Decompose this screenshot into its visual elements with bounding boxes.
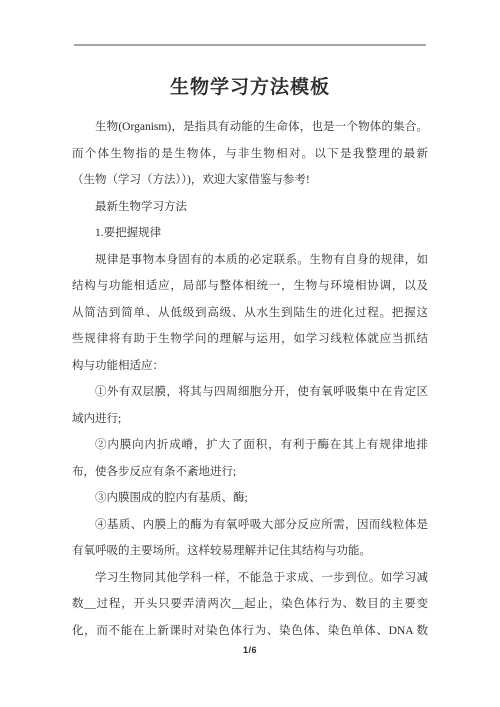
text-line: 数__过程，开头只要弄清两次__起止，染色体行为、数目的主要变: [72, 591, 428, 618]
text-line: 规律是事物本身固有的本质的必定联系。生物有自身的规律，如: [72, 247, 428, 274]
text-line: ①外有双层膜，将其与四周细胞分开，使有氧呼吸集中在肯定区: [72, 379, 428, 406]
text-line: 学习生物同其他学科一样，不能急于求成、一步到位。如学习减: [72, 565, 428, 592]
text-line: ③内膜围成的腔内有基质、酶;: [72, 485, 428, 512]
document-title: 生物学习方法模板: [0, 72, 500, 99]
text-line: ②内膜向内折成嵴，扩大了面积，有利于酶在其上有规律地排: [72, 432, 428, 459]
text-line: 化，而不能在上新课时对染色体行为、染色体、染色单体、DNA 数: [72, 618, 428, 645]
document-page: 生物学习方法模板 生物(Organism)，是指具有动能的生命体，也是一个物体的…: [0, 0, 500, 707]
text-line: 而个体生物指的是生物体，与非生物相对。以下是我整理的最新: [72, 141, 428, 168]
text-line: （生物（学习（方法））)，欢迎大家借鉴与参考!: [72, 167, 428, 194]
text-line: 结构与功能相适应，局部与整体相统一，生物与环境相协调，以及: [72, 273, 428, 300]
text-line: 最新生物学习方法: [72, 194, 428, 221]
text-line: 构与功能相适应：: [72, 353, 428, 380]
text-line: 生物(Organism)，是指具有动能的生命体，也是一个物体的集合。: [72, 114, 428, 141]
text-line: 1.要把握规律: [72, 220, 428, 247]
page-number: 1/6: [0, 645, 500, 655]
text-line: ④基质、内膜上的酶为有氧呼吸大部分反应所需，因而线粒体是: [72, 512, 428, 539]
text-line: 布，使各步反应有条不紊地进行;: [72, 459, 428, 486]
header-divider: [74, 44, 426, 46]
text-line: 从简洁到简单、从低级到高级、从水生到陆生的进化过程。把握这: [72, 300, 428, 327]
text-line: 些规律将有助于生物学问的理解与运用，如学习线粒体就应当抓结: [72, 326, 428, 353]
document-body: 生物(Organism)，是指具有动能的生命体，也是一个物体的集合。 而个体生物…: [72, 114, 428, 644]
text-line: 域内进行;: [72, 406, 428, 433]
text-line: 有氧呼吸的主要场所。这样较易理解并记住其结构与功能。: [72, 538, 428, 565]
